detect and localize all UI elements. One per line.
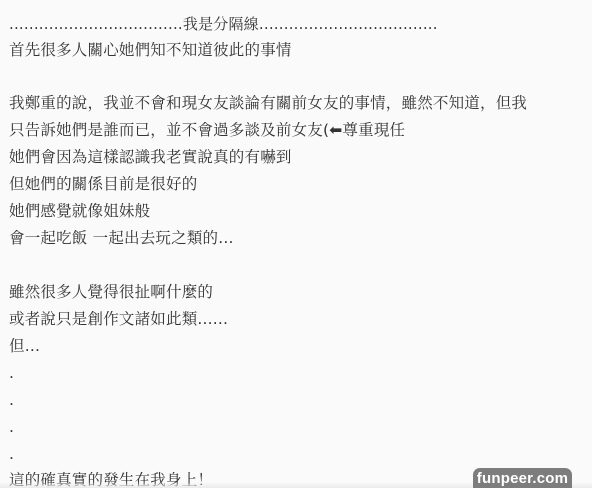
paragraph-line: 她們會因為這樣認識我老實說真的有嚇到 — [9, 147, 292, 167]
paragraph-line: 但... — [9, 336, 40, 356]
paragraph-line: 但她們的關係目前是很好的 — [9, 174, 197, 194]
dot-line: . — [9, 390, 14, 410]
paragraph-line: 她們感覺就像姐妹般 — [9, 201, 150, 221]
paragraph-line: 我鄭重的說，我並不會和現女友談論有關前女友的事情，雖然不知道，但我 — [9, 93, 527, 113]
paragraph-line: 雖然很多人覺得很扯啊什麼的 — [9, 282, 213, 302]
paragraph-line: 首先很多人關心她們知不知道彼此的事情 — [9, 40, 292, 60]
paragraph-line: 會一起吃飯 一起出去玩之類的... — [9, 228, 234, 248]
dot-line: . — [9, 444, 14, 464]
dot-line: . — [9, 417, 14, 437]
paragraph-line: 或者說只是創作文諸如此類...... — [9, 309, 228, 329]
watermark-badge: funpeer.com — [473, 468, 572, 488]
paragraph-line: 只告訴她們是誰而已，並不會過多談及前女友(⬅尊重現任 — [9, 120, 405, 140]
separator-line: ...................................我是分隔線… — [9, 14, 438, 34]
dot-line: . — [9, 363, 14, 383]
